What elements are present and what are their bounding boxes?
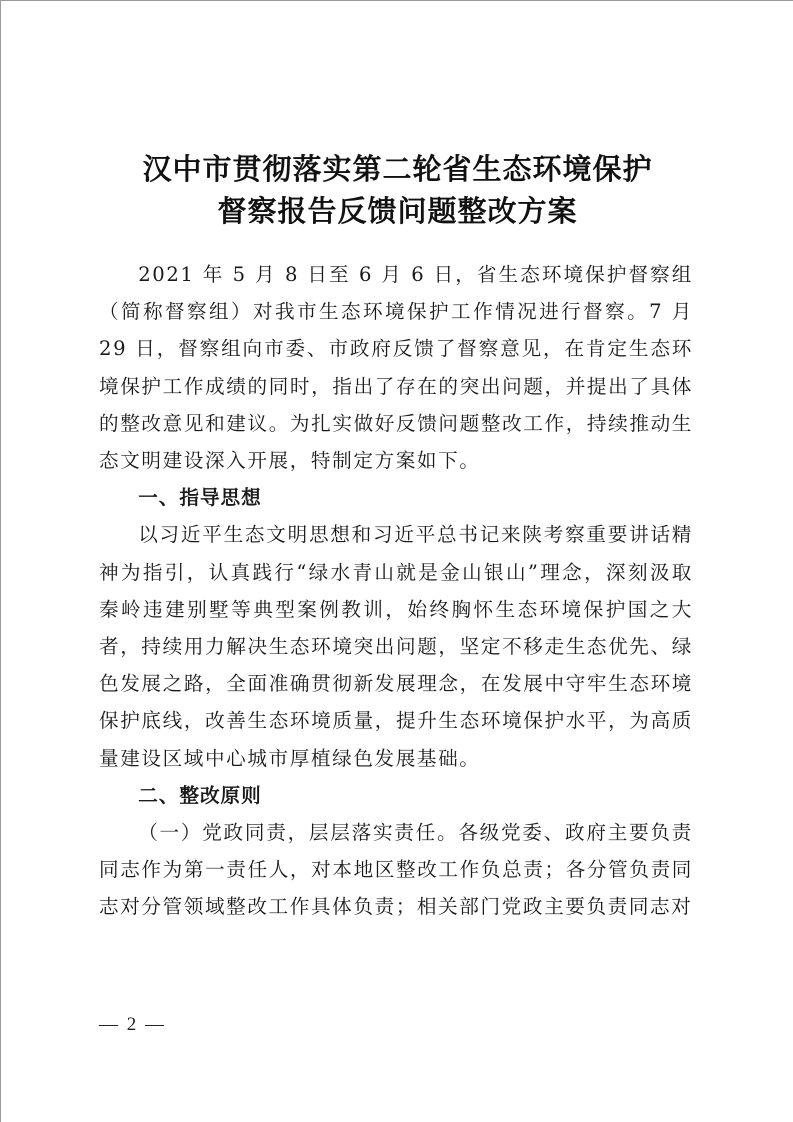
document-title-line-2: 督察报告反馈问题整改方案 — [1, 189, 793, 230]
document-page: 汉中市贯彻落实第二轮省生态环境保护 督察报告反馈问题整改方案 2021 年 5 … — [0, 0, 793, 1122]
principle-1-title: 党政同责，层层落实责任。 — [202, 821, 458, 844]
document-title-line-1: 汉中市贯彻落实第二轮省生态环境保护 — [1, 147, 793, 188]
principle-1-label: （一） — [138, 821, 202, 844]
intro-paragraph: 2021 年 5 月 8 日至 6 月 6 日，省生态环境保护督察组（简称督察组… — [99, 256, 693, 479]
section-heading-rectification-principles: 二、整改原则 — [99, 777, 693, 814]
section-heading-guiding-ideology: 一、指导思想 — [99, 479, 693, 516]
guiding-ideology-paragraph: 以习近平生态文明思想和习近平总书记来陕考察重要讲话精神为指引，认真践行“绿水青山… — [99, 516, 693, 776]
page-number: — 2 — — [99, 1014, 166, 1036]
principle-1-paragraph: （一）党政同责，层层落实责任。各级党委、政府主要负责同志作为第一责任人，对本地区… — [99, 814, 693, 926]
document-body: 2021 年 5 月 8 日至 6 月 6 日，省生态环境保护督察组（简称督察组… — [99, 256, 693, 926]
